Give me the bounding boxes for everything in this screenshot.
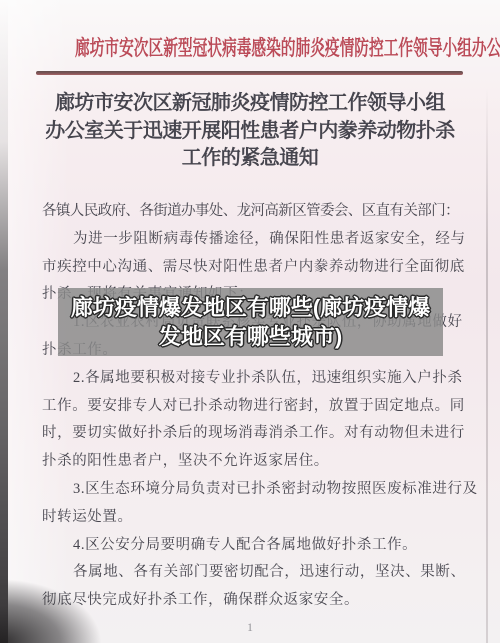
caption-line: 发地区有哪些城市) (58, 322, 443, 351)
body-line: 2.各属地要积极对接专业扑杀队伍，迅速组织实施入户扑杀 (42, 365, 462, 393)
caption-overlay: 廊坊疫情爆发地区有哪些(廊坊疫情爆发地区有哪些城市) (58, 288, 443, 356)
header-divider (36, 71, 463, 75)
caption-line: 廊坊疫情爆发地区有哪些(廊坊疫情爆 (58, 293, 443, 322)
title-line: 廊坊市安次区新冠肺炎疫情防控工作领导小组 (0, 90, 500, 118)
photo-background: 廊坊市安次区新型冠状病毒感染的肺炎疫情防控工作领导小组办公室 廊坊市安次区新冠肺… (0, 0, 500, 643)
body-line: 时转运处置。 (42, 504, 462, 532)
document-title: 廊坊市安次区新冠肺炎疫情防控工作领导小组办公室关于迅速开展阳性患者户内豢养动物扑… (0, 90, 500, 173)
paper-edge-line (486, 88, 488, 643)
body-line: 为进一步阻断病毒传播途径，确保阳性患者返家安全，经与 (42, 226, 462, 254)
org-header-text: 廊坊市安次区新型冠状病毒感染的肺炎疫情防控工作领导小组办公室 (75, 32, 425, 62)
body-line: 各镇人民政府、各街道办事处、龙河高新区管委会、区直有关部门： (42, 198, 462, 226)
body-line: 时，要切实做好扑杀后的现场消毒消杀工作。对有动物但未进行 (42, 420, 462, 448)
title-line: 工作的紧急通知 (0, 145, 500, 173)
title-line: 办公室关于迅速开展阳性患者户内豢养动物扑杀 (0, 118, 500, 146)
left-edge-shadow (0, 0, 8, 643)
body-line: 扑杀的阳性患者户，坚决不允许返家居住。 (42, 448, 462, 476)
bottom-left-corner-shadow (0, 548, 150, 643)
body-line: 3.区生态环境分局负责对已扑杀密封动物按照医废标准进行及 (42, 476, 462, 504)
body-line: 工作。要安排专人对已扑杀动物进行密封，放置于固定地点。同 (42, 393, 462, 421)
body-line: 市疾控中心沟通、需尽快对阳性患者户内豢养动物进行全面彻底 (42, 254, 462, 282)
